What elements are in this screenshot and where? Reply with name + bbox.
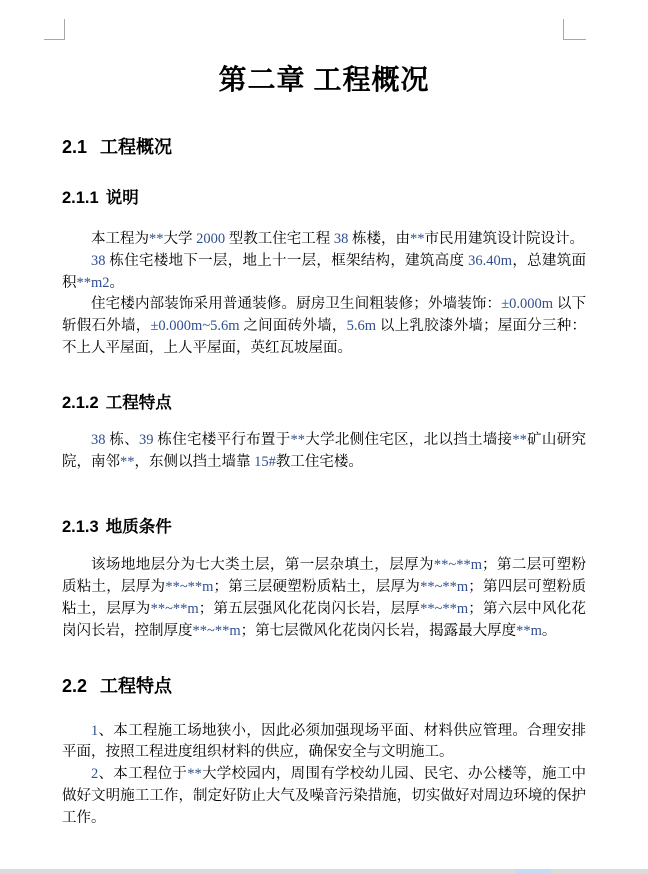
paragraph: 38 栋、39 栋住宅楼平行布置于**大学北侧住宅区，北以挡土墙接**矿山研究院… [62,430,586,474]
heading-number: 2.1.1 [62,189,99,207]
paragraph-group-overview: 本工程为**大学 2000 型教工住宅工程 38 栋楼，由**市民用建筑设计院设… [62,229,586,360]
section-heading-2-1-2: 2.1.2工程特点 [62,392,586,414]
document-body: 第二章 工程概况 2.1工程概况 2.1.1说明 本工程为**大学 2000 型… [0,0,648,830]
heading-number: 2.1 [62,137,87,157]
heading-number: 2.2 [62,676,87,696]
section-heading-2-2: 2.2工程特点 [62,674,586,698]
horizontal-scrollbar-thumb[interactable] [515,869,551,874]
heading-text: 说明 [106,188,139,207]
heading-text: 地质条件 [106,517,172,536]
paragraph: 本工程为**大学 2000 型教工住宅工程 38 栋楼，由**市民用建筑设计院设… [62,229,586,251]
heading-number: 2.1.2 [62,394,99,412]
margin-crop-mark-top-left [44,19,65,40]
paragraph: 该场地地层分为七大类土层，第一层杂填土，层厚为**~**m；第二层可塑粉质粘土，… [62,555,586,642]
heading-text: 工程特点 [106,393,172,412]
horizontal-scrollbar[interactable] [0,869,648,874]
paragraph: 2、本工程位于**大学校园内，周围有学校幼儿园、民宅、办公楼等，施工中做好文明施… [62,764,586,829]
section-heading-2-1-3: 2.1.3地质条件 [62,516,586,538]
paragraph: 38 栋住宅楼地下一层，地上十一层，框架结构，建筑高度 36.40m，总建筑面积… [62,251,586,295]
chapter-title: 第二章 工程概况 [62,62,586,100]
heading-number: 2.1.3 [62,518,99,536]
paragraph: 1、本工程施工场地狭小，因此必须加强现场平面、材料供应管理。合理安排平面，按照工… [62,721,586,765]
heading-text: 工程概况 [100,137,172,157]
section-heading-2-1-1: 2.1.1说明 [62,187,586,209]
margin-crop-mark-top-right [563,19,586,40]
section-heading-2-1: 2.1工程概况 [62,135,586,159]
document-page: 第二章 工程概况 2.1工程概况 2.1.1说明 本工程为**大学 2000 型… [0,0,648,874]
heading-text: 工程特点 [100,676,172,696]
paragraph: 住宅楼内部装饰采用普通装修。厨房卫生间粗装修；外墙装饰：±0.000m 以下斩假… [62,294,586,359]
paragraph-group-features: 1、本工程施工场地狭小，因此必须加强现场平面、材料供应管理。合理安排平面，按照工… [62,721,586,830]
